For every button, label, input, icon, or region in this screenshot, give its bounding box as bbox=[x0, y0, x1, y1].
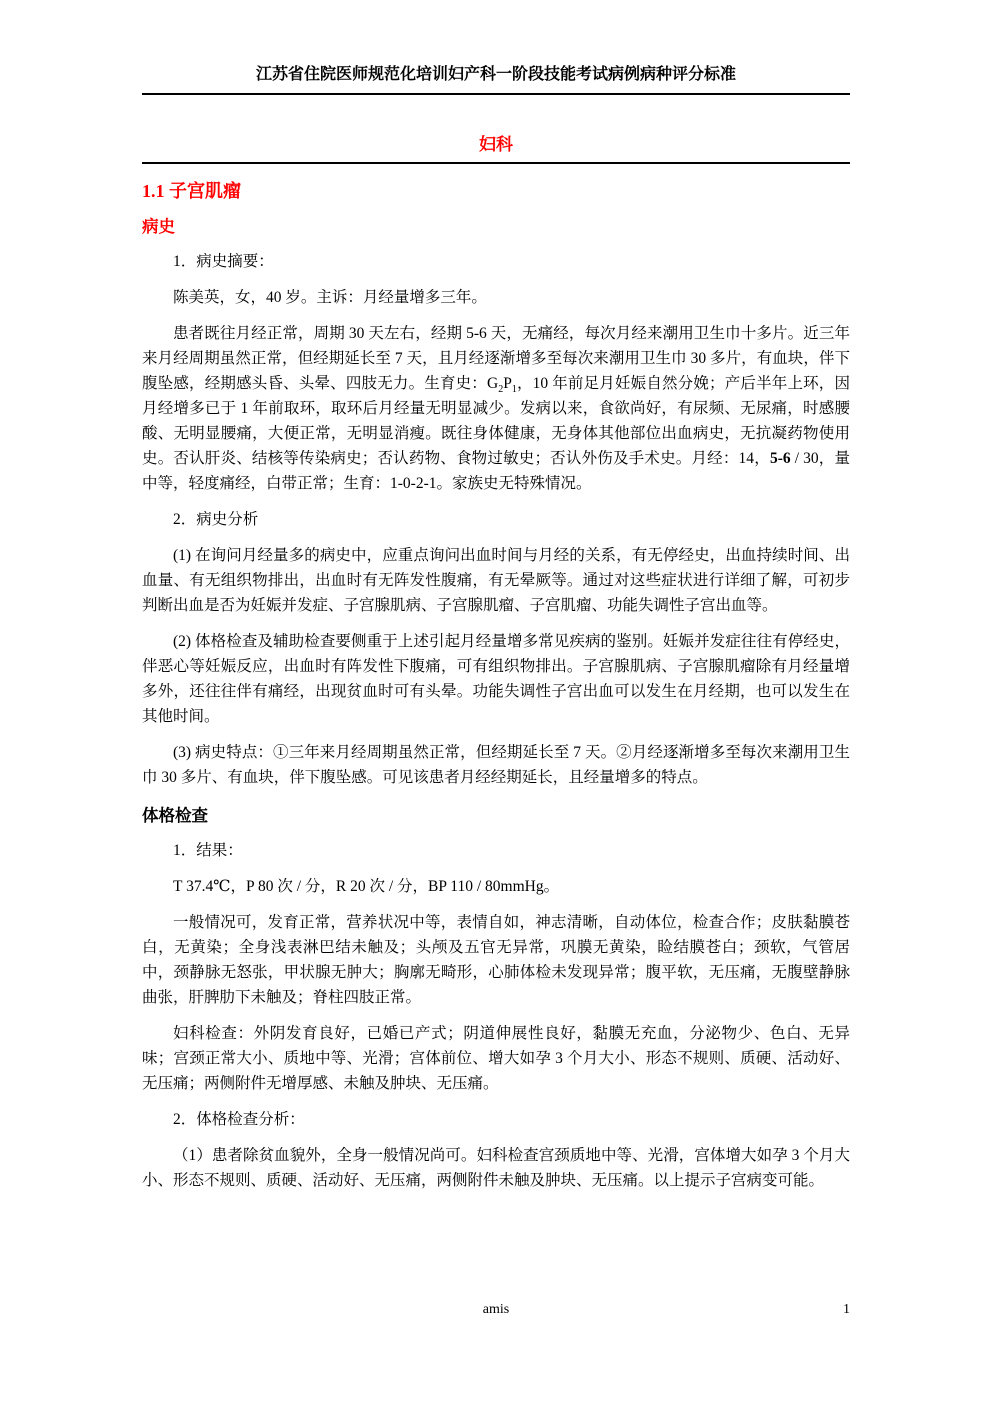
general-exam-paragraph: 一般情况可，发育正常，营养状况中等，表情自如，神志清晰，自动体位，检查合作；皮肤… bbox=[142, 910, 850, 1010]
vital-signs: T 37.4℃，P 80 次 / 分，R 20 次 / 分，BP 110 / 8… bbox=[142, 874, 850, 899]
physical-exam-heading: 体格检查 bbox=[142, 805, 850, 827]
history-detail-part2: P bbox=[503, 375, 512, 392]
history-heading: 病史 bbox=[142, 216, 850, 238]
exam-item1-label: 1．结果： bbox=[142, 838, 850, 863]
chief-complaint: 陈美英，女，40 岁。主诉：月经量增多三年。 bbox=[142, 285, 850, 310]
exam-analysis-1: （1）患者除贫血貌外，全身一般情况尚可。妇科检查宫颈质地中等、光滑，宫体增大如孕… bbox=[142, 1143, 850, 1193]
history-detail-paragraph: 患者既往月经正常，周期 30 天左右，经期 5-6 天，无痛经，每次月经来潮用卫… bbox=[142, 321, 850, 496]
history-analysis-2: (2) 体格检查及辅助检查要侧重于上述引起月经量增多常见疾病的鉴别。妊娠并发症往… bbox=[142, 629, 850, 729]
document-content: 江苏省住院医师规范化培训妇产科一阶段技能考试病例病种评分标准 妇科 1.1 子宫… bbox=[142, 0, 850, 1204]
history-analysis-1: (1) 在询问月经量多的病史中，应重点询问出血时间与月经的关系，有无停经史，出血… bbox=[142, 543, 850, 618]
chapter-heading: 1.1 子宫肌瘤 bbox=[142, 179, 850, 203]
page-header-title: 江苏省住院医师规范化培训妇产科一阶段技能考试病例病种评分标准 bbox=[142, 0, 850, 95]
page-number: 1 bbox=[843, 1300, 850, 1320]
section-title: 妇科 bbox=[142, 135, 850, 164]
exam-item2-label: 2．体格检查分析： bbox=[142, 1107, 850, 1132]
gyn-exam-paragraph: 妇科检查：外阴发育良好，已婚已产式；阴道伸展性良好，黏膜无充血，分泌物少、色白、… bbox=[142, 1021, 850, 1096]
history-analysis-3: (3) 病史特点：①三年来月经周期虽然正常，但经期延长至 7 天。②月经逐渐增多… bbox=[142, 740, 850, 790]
footer-text: amis bbox=[142, 1300, 850, 1320]
menses-duration-bold: 5-6 bbox=[770, 450, 791, 467]
page-footer: amis 1 bbox=[142, 1300, 850, 1320]
history-item1-label: 1．病史摘要： bbox=[142, 249, 850, 274]
document-page: 江苏省住院医师规范化培训妇产科一阶段技能考试病例病种评分标准 妇科 1.1 子宫… bbox=[0, 0, 993, 1404]
history-item2-label: 2．病史分析 bbox=[142, 507, 850, 532]
